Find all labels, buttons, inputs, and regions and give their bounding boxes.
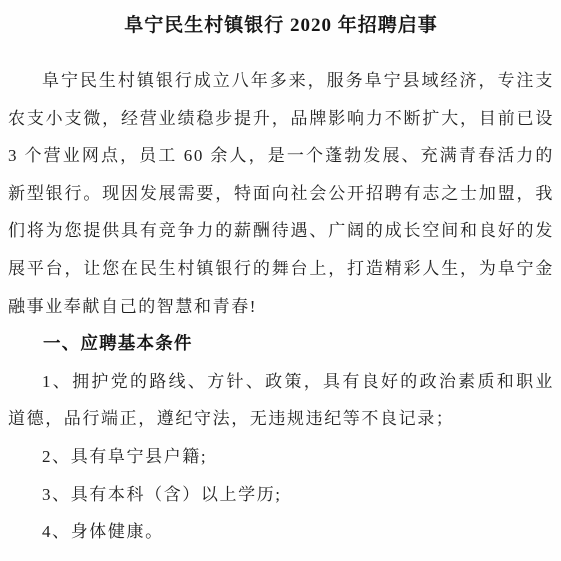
- section-heading-basic-conditions: 一、应聘基本条件: [8, 325, 554, 363]
- condition-item-1: 1、拥护党的路线、方针、政策，具有良好的政治素质和职业道德，品行端正，遵纪守法，…: [8, 363, 554, 438]
- recruitment-notice-page: 阜宁民生村镇银行 2020 年招聘启事 阜宁民生村镇银行成立八年多来，服务阜宁县…: [0, 0, 561, 561]
- intro-paragraph: 阜宁民生村镇银行成立八年多来，服务阜宁县域经济，专注支农支小支微，经营业绩稳步提…: [8, 62, 554, 325]
- condition-item-3: 3、具有本科（含）以上学历;: [8, 476, 554, 514]
- condition-item-4: 4、身体健康。: [8, 513, 554, 551]
- condition-item-2: 2、具有阜宁县户籍;: [8, 438, 554, 476]
- document-title: 阜宁民生村镇银行 2020 年招聘启事: [8, 12, 554, 39]
